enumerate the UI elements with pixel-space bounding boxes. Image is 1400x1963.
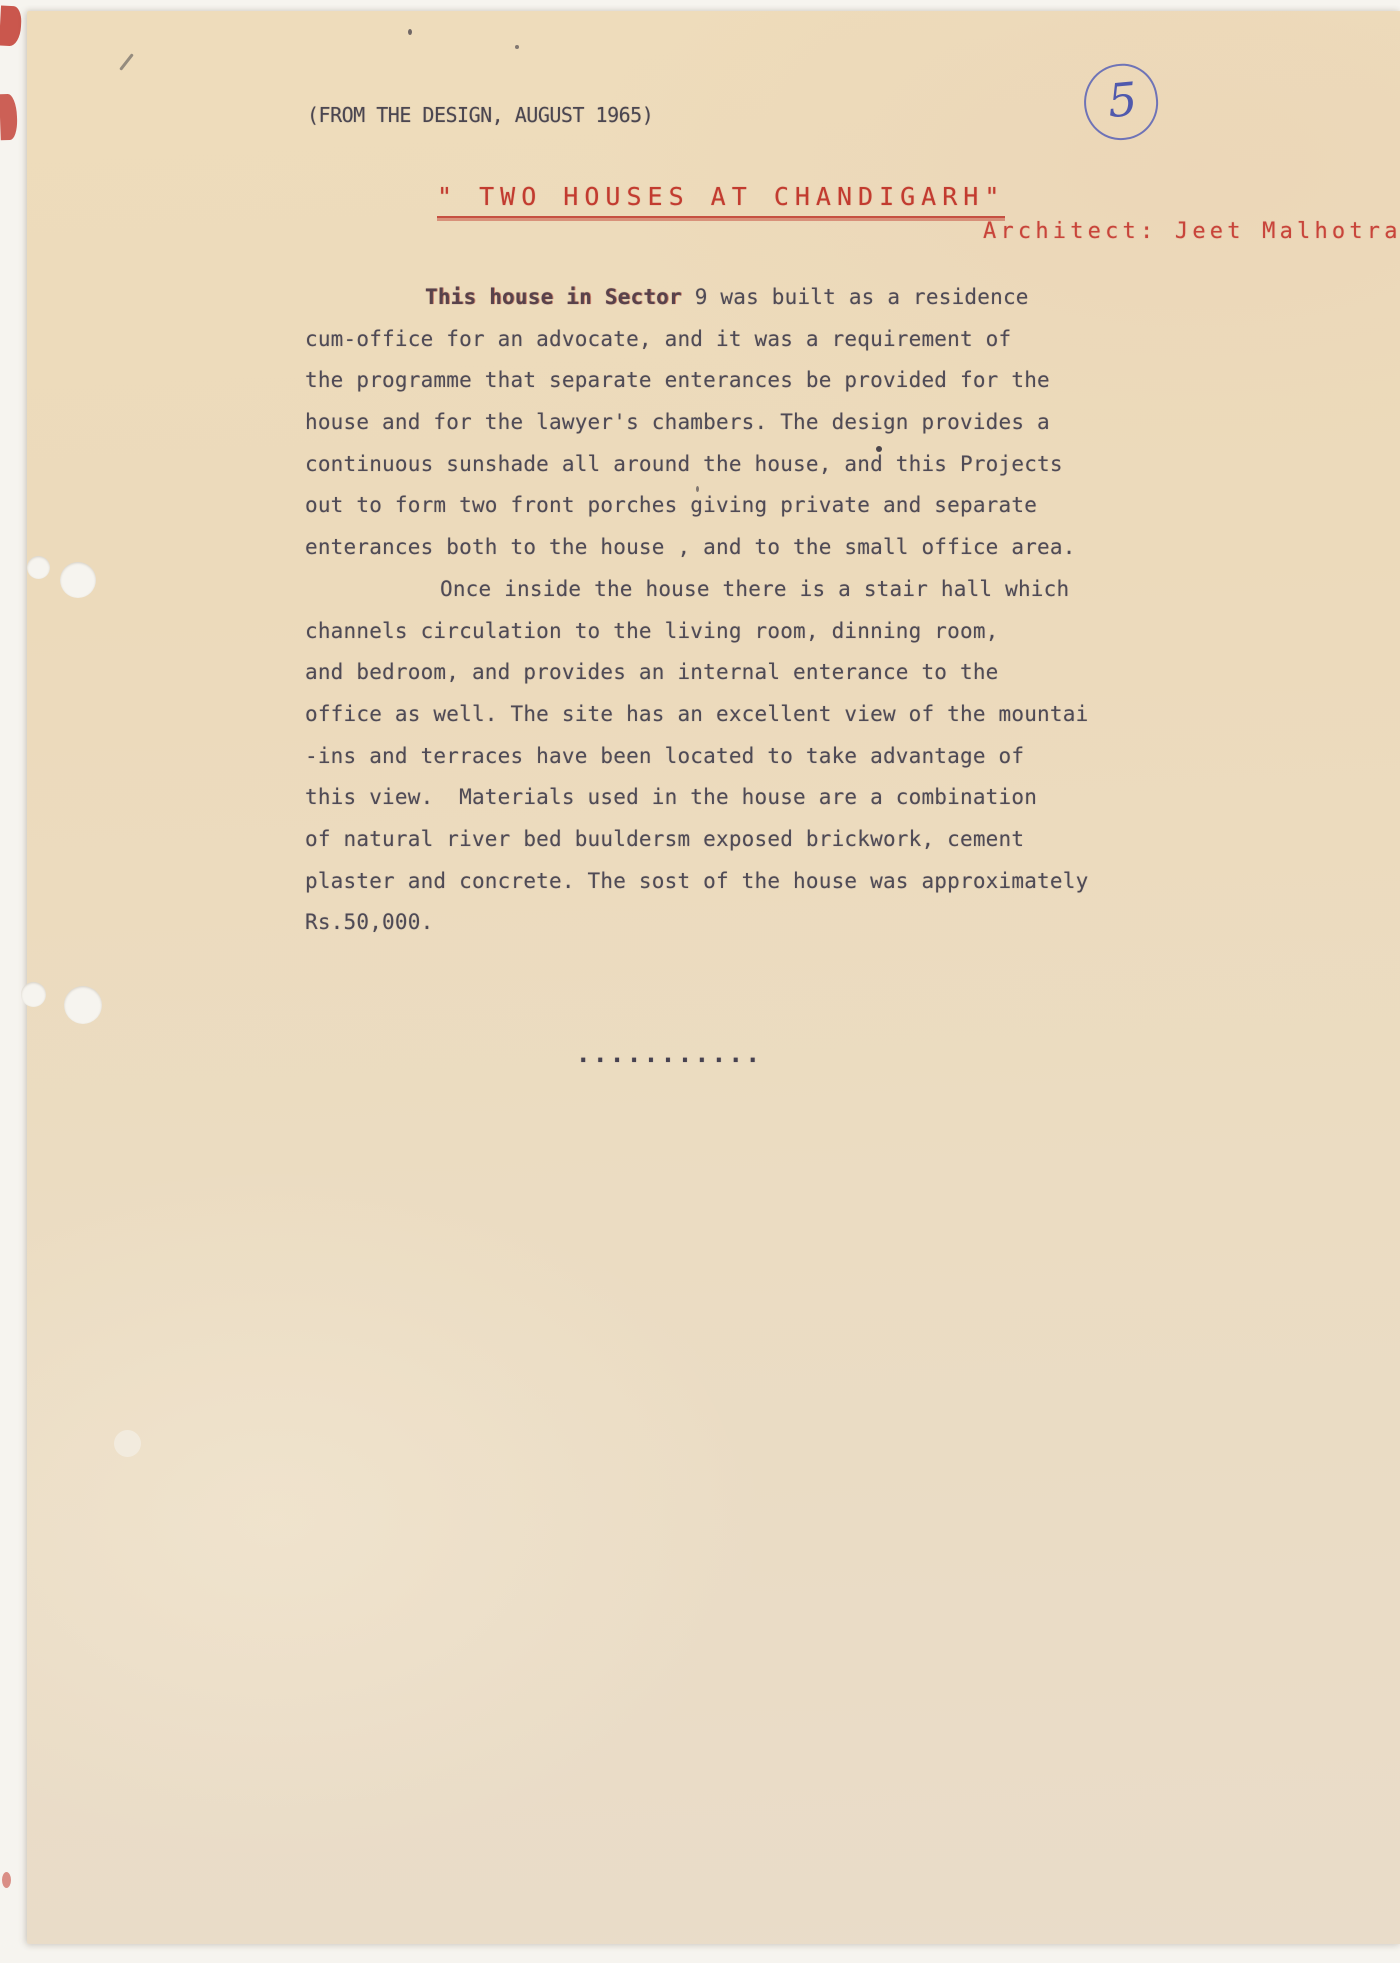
hole-punch [64, 986, 102, 1024]
scanned-page: (FROM THE DESIGN, AUGUST 1965) 5 " TWO H… [0, 0, 1400, 1963]
document-title: " TWO HOUSES AT CHANDIGARH" [437, 182, 1005, 218]
red-edge-mark [2, 1872, 11, 1888]
text-line: -ins and terraces have been located to t… [305, 736, 1088, 778]
text-line: plaster and concrete. The sost of the ho… [305, 861, 1088, 903]
text-line: Rs.50,000. [305, 902, 1088, 944]
text-line: enterances both to the house , and to th… [305, 527, 1088, 569]
text-line: cum-office for an advocate, and it was a… [305, 319, 1088, 361]
text-line: and bedroom, and provides an internal en… [305, 652, 1088, 694]
red-edge-mark [0, 94, 18, 141]
dotted-separator: ........... [576, 1040, 762, 1068]
text-line: continuous sunshade all around the house… [305, 444, 1088, 486]
text-line: of natural river bed buuldersm exposed b… [305, 819, 1088, 861]
page-number: 5 [1106, 72, 1140, 128]
text-line: out to form two front porches giving pri… [305, 485, 1088, 527]
ink-speck [408, 29, 412, 35]
text-line: Once inside the house there is a stair h… [305, 569, 1088, 611]
hole-punch [60, 562, 96, 598]
source-note: (FROM THE DESIGN, AUGUST 1965) [307, 103, 653, 127]
hole-punch [114, 1430, 141, 1457]
lead-rest: 9 was built as a residence [682, 285, 1029, 309]
body-paragraphs: This house in Sector 9 was built as a re… [305, 277, 1088, 944]
text-line: house and for the lawyer's chambers. The… [305, 402, 1088, 444]
architect-credit: Architect: Jeet Malhotra [983, 219, 1400, 244]
text-line: office as well. The site has an excellen… [305, 694, 1088, 736]
ink-speck [515, 45, 519, 49]
text-line: This house in Sector 9 was built as a re… [305, 277, 1088, 319]
text-line: this view. Materials used in the house a… [305, 777, 1088, 819]
hole-punch [21, 982, 46, 1007]
text-line: channels circulation to the living room,… [305, 611, 1088, 653]
overstruck-lead: This house in Sector [425, 285, 682, 309]
text-line: the programme that separate enterances b… [305, 360, 1088, 402]
hole-punch [27, 556, 50, 579]
red-edge-mark [0, 5, 22, 46]
